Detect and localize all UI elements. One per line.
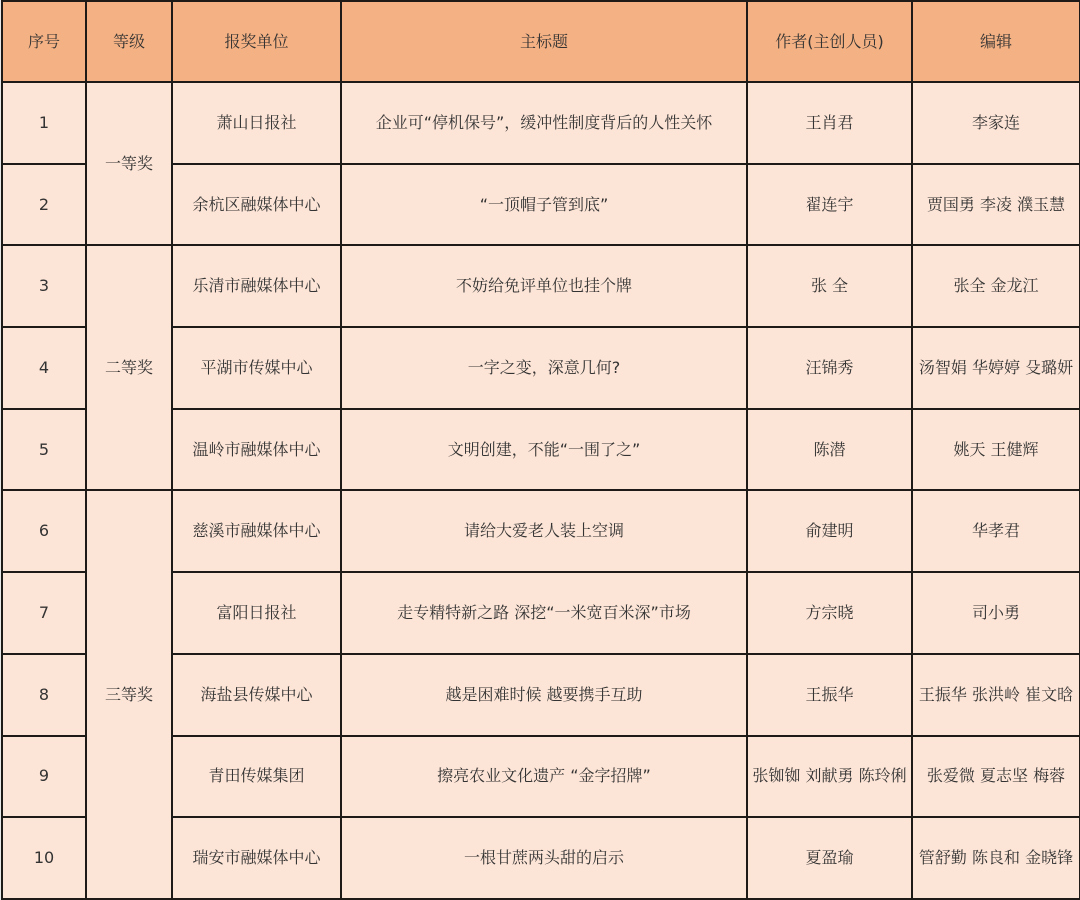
table-row: 3 二等奖 乐清市融媒体中心 不妨给免评单位也挂个牌 张 全 张全 金龙江 bbox=[2, 245, 1080, 327]
cell-title: 一字之变，深意几何? bbox=[341, 327, 747, 409]
header-no: 序号 bbox=[2, 1, 86, 82]
header-grade: 等级 bbox=[86, 1, 172, 82]
header-row: 序号 等级 报奖单位 主标题 作者(主创人员) 编辑 bbox=[2, 1, 1080, 82]
cell-grade-third-prize: 三等奖 bbox=[86, 490, 172, 898]
cell-unit: 余杭区融媒体中心 bbox=[172, 164, 341, 246]
cell-author: 汪锦秀 bbox=[747, 327, 912, 409]
table-row: 1 一等奖 萧山日报社 企业可“停机保号”，缓冲性制度背后的人性关怀 王肖君 李… bbox=[2, 82, 1080, 164]
cell-no: 4 bbox=[2, 327, 86, 409]
cell-unit: 温岭市融媒体中心 bbox=[172, 409, 341, 491]
cell-unit: 乐清市融媒体中心 bbox=[172, 245, 341, 327]
table-row: 6 三等奖 慈溪市融媒体中心 请给大爱老人装上空调 俞建明 华孝君 bbox=[2, 490, 1080, 572]
cell-editor: 汤智娟 华婷婷 殳璐妍 bbox=[912, 327, 1080, 409]
cell-title: 一根甘蔗两头甜的启示 bbox=[341, 817, 747, 899]
cell-title: 文明创建，不能“一围了之” bbox=[341, 409, 747, 491]
cell-editor: 李家连 bbox=[912, 82, 1080, 164]
cell-author: 张铷铷 刘献勇 陈玲俐 bbox=[747, 736, 912, 818]
awards-table: 序号 等级 报奖单位 主标题 作者(主创人员) 编辑 1 一等奖 萧山日报社 企… bbox=[1, 0, 1080, 900]
cell-author: 俞建明 bbox=[747, 490, 912, 572]
header-title: 主标题 bbox=[341, 1, 747, 82]
cell-no: 5 bbox=[2, 409, 86, 491]
cell-author: 陈潜 bbox=[747, 409, 912, 491]
cell-no: 2 bbox=[2, 164, 86, 246]
header-editor: 编辑 bbox=[912, 1, 1080, 82]
cell-title: 请给大爱老人装上空调 bbox=[341, 490, 747, 572]
header-unit: 报奖单位 bbox=[172, 1, 341, 82]
cell-title: 企业可“停机保号”，缓冲性制度背后的人性关怀 bbox=[341, 82, 747, 164]
cell-unit: 平湖市传媒中心 bbox=[172, 327, 341, 409]
header-author: 作者(主创人员) bbox=[747, 1, 912, 82]
cell-author: 王振华 bbox=[747, 654, 912, 736]
cell-grade-second-prize: 二等奖 bbox=[86, 245, 172, 490]
cell-title: 不妨给免评单位也挂个牌 bbox=[341, 245, 747, 327]
cell-unit: 慈溪市融媒体中心 bbox=[172, 490, 341, 572]
cell-editor: 司小勇 bbox=[912, 572, 1080, 654]
cell-editor: 姚天 王健辉 bbox=[912, 409, 1080, 491]
cell-editor: 张全 金龙江 bbox=[912, 245, 1080, 327]
cell-title: 擦亮农业文化遗产 “金字招牌” bbox=[341, 736, 747, 818]
cell-no: 9 bbox=[2, 736, 86, 818]
cell-no: 1 bbox=[2, 82, 86, 164]
cell-unit: 富阳日报社 bbox=[172, 572, 341, 654]
cell-editor: 管舒勤 陈良和 金晓锋 bbox=[912, 817, 1080, 899]
cell-no: 8 bbox=[2, 654, 86, 736]
cell-unit: 萧山日报社 bbox=[172, 82, 341, 164]
cell-unit: 瑞安市融媒体中心 bbox=[172, 817, 341, 899]
cell-no: 3 bbox=[2, 245, 86, 327]
cell-no: 10 bbox=[2, 817, 86, 899]
cell-author: 方宗晓 bbox=[747, 572, 912, 654]
cell-editor: 王振华 张洪岭 崔文晗 bbox=[912, 654, 1080, 736]
cell-title: “一顶帽子管到底” bbox=[341, 164, 747, 246]
cell-author: 张 全 bbox=[747, 245, 912, 327]
cell-no: 7 bbox=[2, 572, 86, 654]
cell-author: 夏盈瑜 bbox=[747, 817, 912, 899]
cell-grade-first-prize: 一等奖 bbox=[86, 82, 172, 245]
cell-author: 王肖君 bbox=[747, 82, 912, 164]
cell-title: 越是困难时候 越要携手互助 bbox=[341, 654, 747, 736]
cell-editor: 张爱微 夏志坚 梅蓉 bbox=[912, 736, 1080, 818]
cell-editor: 贾国勇 李凌 濮玉慧 bbox=[912, 164, 1080, 246]
cell-title: 走专精特新之路 深挖“一米宽百米深”市场 bbox=[341, 572, 747, 654]
cell-editor: 华孝君 bbox=[912, 490, 1080, 572]
cell-author: 翟连宇 bbox=[747, 164, 912, 246]
cell-no: 6 bbox=[2, 490, 86, 572]
cell-unit: 海盐县传媒中心 bbox=[172, 654, 341, 736]
cell-unit: 青田传媒集团 bbox=[172, 736, 341, 818]
